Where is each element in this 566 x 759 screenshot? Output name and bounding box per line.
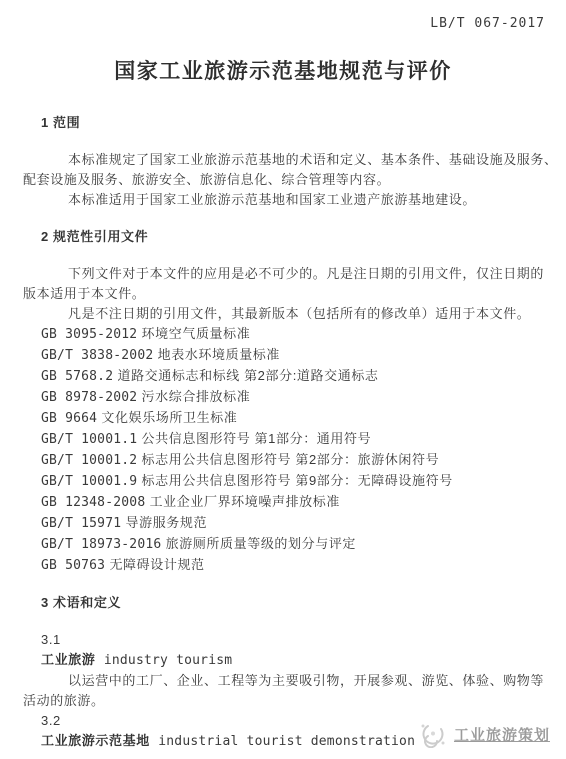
- ref-title: 标志用公共信息图形符号 第2部分：旅游休闲符号: [142, 452, 440, 467]
- doc-line-ref: GB 50763 无障碍设计规范: [23, 555, 548, 576]
- term-en: industrial tourist demonstration base: [158, 734, 455, 749]
- term-en: industry tourism: [104, 653, 232, 668]
- ref-code: GB 12348-2008: [41, 495, 145, 510]
- ref-code: GB/T 15971: [41, 516, 121, 531]
- ref-code: GB 5768.2: [41, 369, 113, 384]
- doc-line-p_first: 本标准规定了国家工业旅游示范基地的术语和定义、基本条件、基础设施及服务、: [23, 150, 548, 170]
- doc-line-term: 工业旅游 industry tourism: [23, 650, 548, 671]
- doc-line-ref: GB/T 10001.9 标志用公共信息图形符号 第9部分：无障碍设施符号: [23, 471, 548, 492]
- ref-title: 污水综合排放标准: [142, 389, 251, 404]
- ref-title: 旅游厕所质量等级的划分与评定: [166, 536, 356, 551]
- doc-line-ref: GB/T 10001.2 标志用公共信息图形符号 第2部分：旅游休闲符号: [23, 450, 548, 471]
- watermark-label: 工业旅游策划: [454, 724, 550, 745]
- doc-line-clause: 1 范围: [23, 113, 548, 133]
- ref-title: 导游服务规范: [126, 515, 208, 530]
- ref-code: GB/T 10001.1: [41, 432, 137, 447]
- ref-code: GB 8978-2002: [41, 390, 137, 405]
- ref-code: GB 50763: [41, 558, 105, 573]
- ref-code: GB/T 10001.9: [41, 474, 137, 489]
- ref-title: 无障碍设计规范: [109, 557, 204, 572]
- ref-title: 标志用公共信息图形符号 第9部分：无障碍设施符号: [142, 473, 453, 488]
- doc-line-p_first: 本标准适用于国家工业旅游示范基地和国家工业遗产旅游基地建设。: [23, 190, 548, 210]
- ref-title: 公共信息图形符号 第1部分：通用符号: [142, 431, 372, 446]
- ref-title: 环境空气质量标准: [142, 326, 251, 341]
- ref-code: GB 9664: [41, 411, 97, 426]
- ref-code: GB/T 3838-2002: [41, 348, 153, 363]
- doc-line-p_first: 凡是不注日期的引用文件，其最新版本（包括所有的修改单）适用于本文件。: [23, 304, 548, 324]
- swirl-logo-icon: [419, 720, 447, 748]
- ref-code: GB/T 18973-2016: [41, 537, 161, 552]
- doc-line-p_cont: 配套设施及服务、旅游安全、旅游信息化、综合管理等内容。: [23, 170, 548, 190]
- doc-line-ref: GB 8978-2002 污水综合排放标准: [23, 387, 548, 408]
- doc-line-p_cont: 版本适用于本文件。: [23, 284, 548, 304]
- document-page: LB/T 067-2017 国家工业旅游示范基地规范与评价 1 范围本标准规定了…: [0, 0, 566, 759]
- doc-line-clause: 3 术语和定义: [23, 593, 548, 613]
- term-zh: 工业旅游示范基地: [41, 733, 150, 748]
- doc-line-p_first: 下列文件对于本文件的应用是必不可少的。凡是注日期的引用文件，仅注日期的: [23, 264, 548, 284]
- ref-title: 道路交通标志和标线 第2部分:道路交通标志: [117, 368, 378, 383]
- standard-number: LB/T 067-2017: [430, 16, 545, 31]
- doc-line-ref: GB/T 3838-2002 地表水环境质量标准: [23, 345, 548, 366]
- document-body: 1 范围本标准规定了国家工业旅游示范基地的术语和定义、基本条件、基础设施及服务、…: [0, 113, 566, 752]
- doc-line-ref: GB/T 10001.1 公共信息图形符号 第1部分：通用符号: [23, 429, 548, 450]
- doc-line-ref: GB/T 15971 导游服务规范: [23, 513, 548, 534]
- ref-code: GB 3095-2012: [41, 327, 137, 342]
- doc-line-clause: 2 规范性引用文件: [23, 227, 548, 247]
- ref-code: GB/T 10001.2: [41, 453, 137, 468]
- ref-title: 工业企业厂界环境噪声排放标准: [150, 494, 340, 509]
- watermark: 工业旅游策划: [415, 720, 550, 748]
- doc-line-ref: GB/T 18973-2016 旅游厕所质量等级的划分与评定: [23, 534, 548, 555]
- doc-line-p_cont: 活动的旅游。: [23, 691, 548, 711]
- doc-line-ref: GB 12348-2008 工业企业厂界环境噪声排放标准: [23, 492, 548, 513]
- doc-line-ref: GB 9664 文化娱乐场所卫生标准: [23, 408, 548, 429]
- doc-line-ref: GB 5768.2 道路交通标志和标线 第2部分:道路交通标志: [23, 366, 548, 387]
- doc-line-p_first: 以运营中的工厂、企业、工程等为主要吸引物，开展参观、游览、体验、购物等: [23, 671, 548, 691]
- term-zh: 工业旅游: [41, 652, 95, 667]
- ref-title: 文化娱乐场所卫生标准: [101, 410, 237, 425]
- doc-line-ref: GB 3095-2012 环境空气质量标准: [23, 324, 548, 345]
- ref-title: 地表水环境质量标准: [158, 347, 280, 362]
- doc-line-sub: 3.1: [23, 630, 548, 650]
- document-title: 国家工业旅游示范基地规范与评价: [0, 0, 566, 85]
